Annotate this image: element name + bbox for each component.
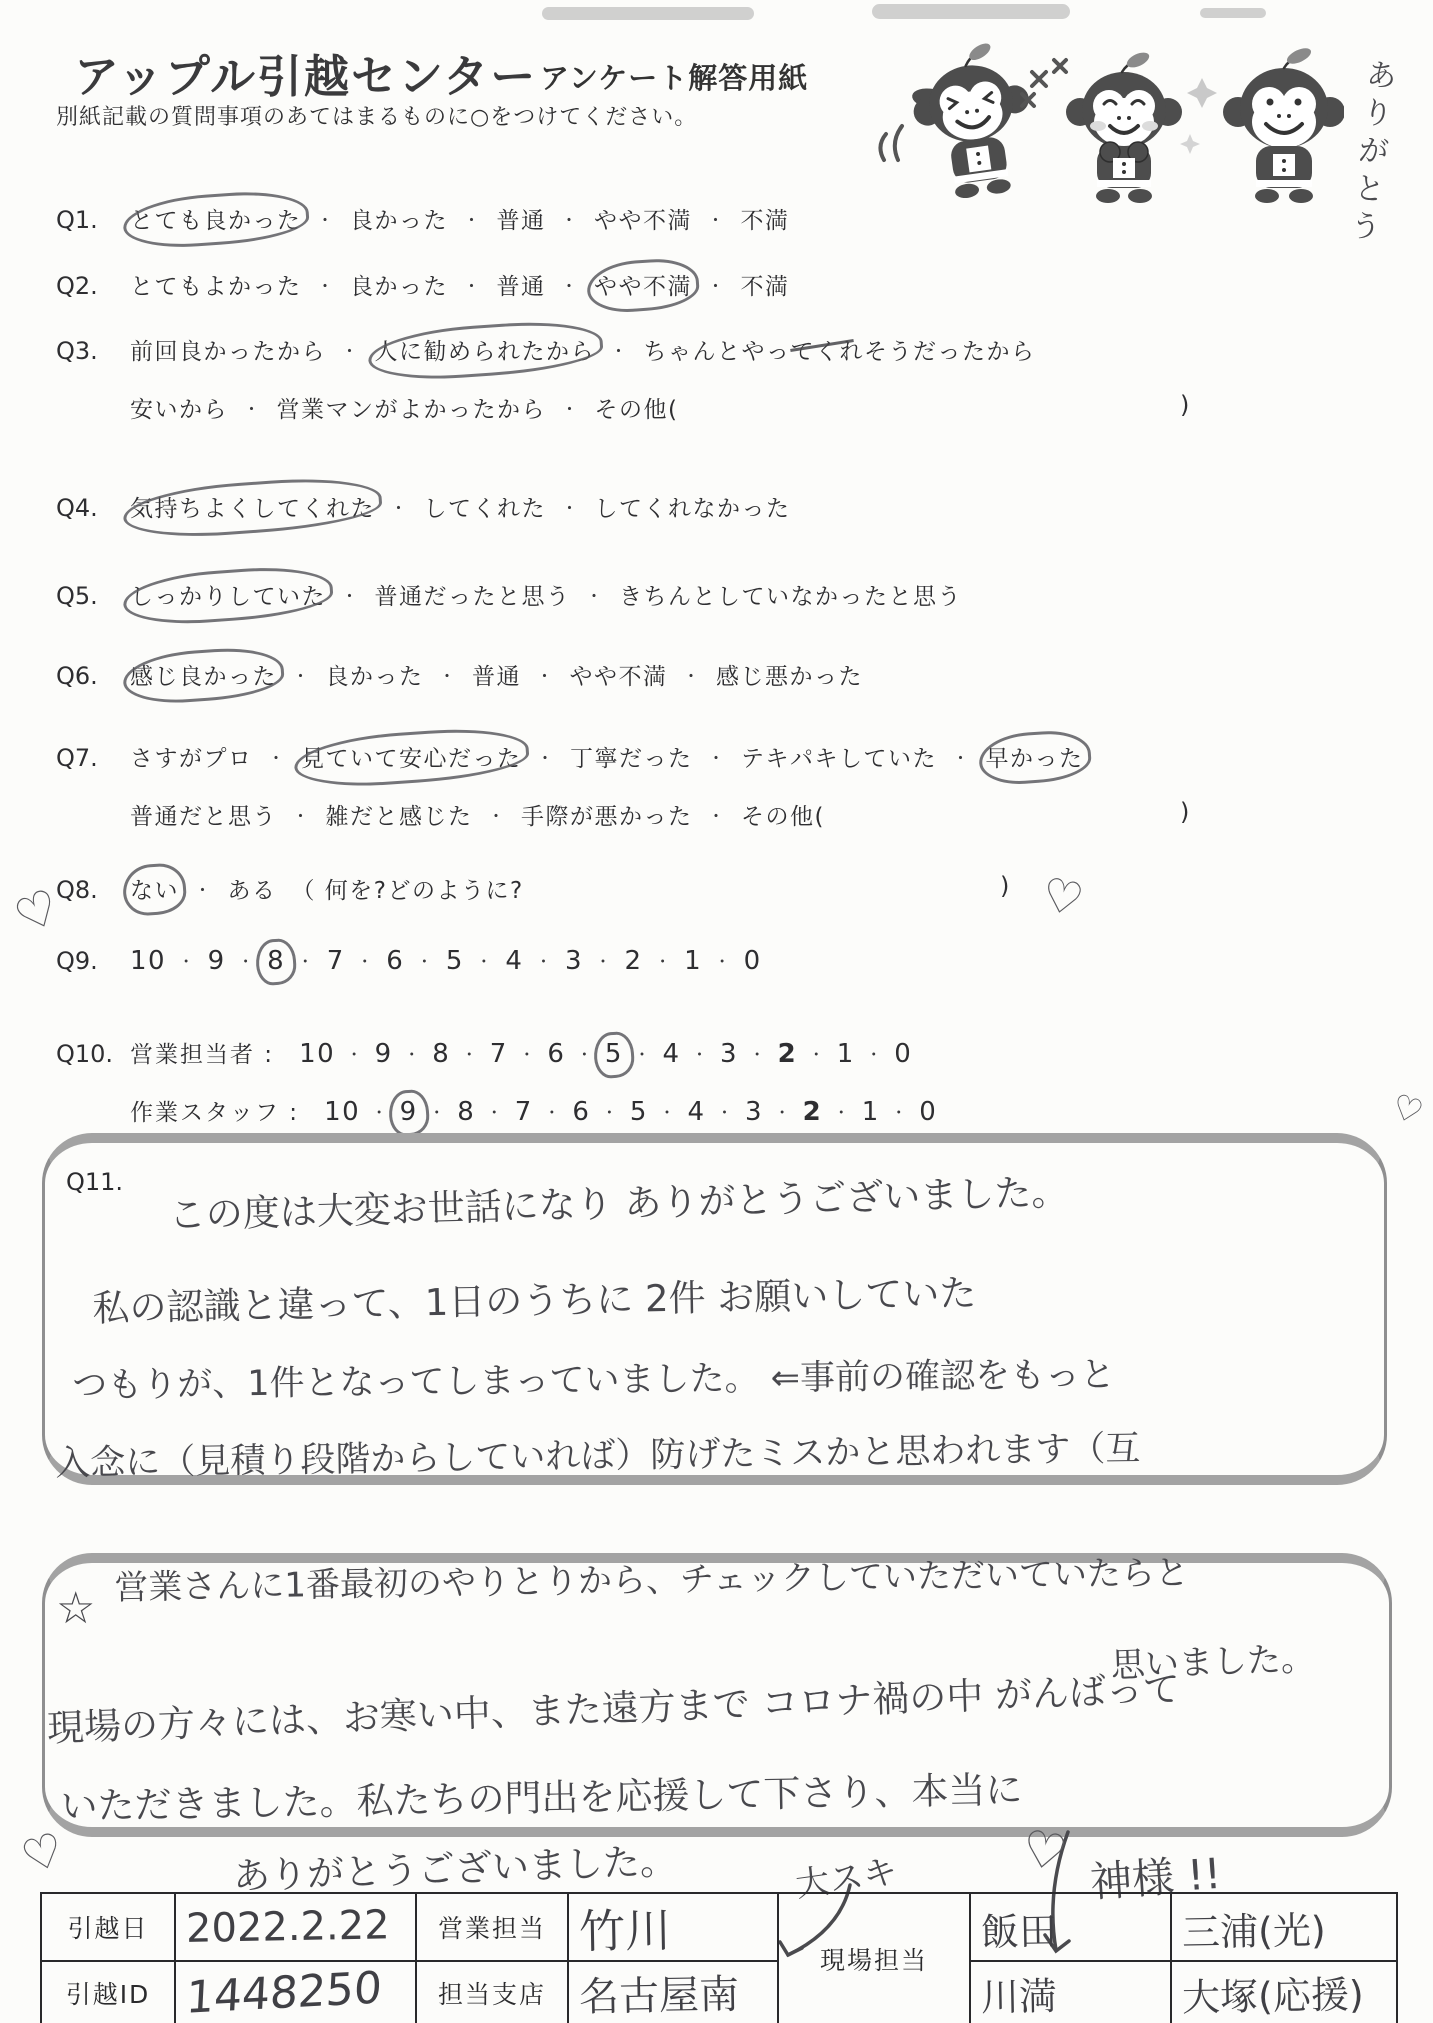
option-separator: ・ <box>416 949 434 972</box>
close-paren: ) <box>1180 391 1189 419</box>
option-separator: ・ <box>476 949 494 972</box>
option: 良かった <box>350 202 448 235</box>
option-separator: ・ <box>488 802 507 827</box>
question-number: Q9. <box>56 947 130 975</box>
question-number: Q4. <box>56 494 130 522</box>
score-option: 3 <box>720 1039 738 1069</box>
question-number: Q7. <box>56 744 130 772</box>
option-separator: ・ <box>461 1042 479 1065</box>
score-option-circled: 8 <box>267 946 285 976</box>
arigato-text: ありがとう <box>1338 56 1403 250</box>
option-separator: ・ <box>891 1100 909 1123</box>
move-id-value: 1448250 <box>174 1955 418 2023</box>
option-separator: ・ <box>808 1042 826 1065</box>
question-q8: Q8. ない ・ ある （ 何を?どのように? <box>56 872 524 905</box>
option-separator: ・ <box>486 1100 504 1123</box>
close-paren: ) <box>1000 872 1009 900</box>
question-number: Q10. <box>56 1040 130 1068</box>
option-row: 10 ・ 9 ・ 8 ・ 7 ・ 6 ・ 5 ・ 4 ・ 3 ・ 2 ・ 1 ・… <box>130 946 762 976</box>
close-paren: ) <box>1180 798 1189 826</box>
option-separator: ・ <box>708 802 727 827</box>
option-separator: ・ <box>707 272 726 297</box>
option-row: ない ・ ある （ 何を?どのように? <box>130 872 524 905</box>
option: やや不満 <box>594 202 692 235</box>
option-separator: ・ <box>341 582 360 607</box>
option-separator: ・ <box>463 272 482 297</box>
option: 普通だったと思う <box>375 578 571 611</box>
option: 良かった <box>326 658 424 691</box>
question-number: Q3. <box>56 337 130 365</box>
scan-artifact <box>542 7 754 20</box>
option-row: 気持ちよくしてくれた ・ してくれた ・ してくれなかった <box>130 490 791 523</box>
option-separator: ・ <box>601 1100 619 1123</box>
option-circled: とても良かった <box>130 202 302 235</box>
option: 普通 <box>497 202 546 235</box>
option-circled: 早かった <box>986 740 1084 773</box>
star-mark: ☆ <box>56 1583 95 1634</box>
option-row: 前回良かったから ・ 人に勧められたから ・ ちゃんとやってくれそうだったから <box>130 333 1036 366</box>
question-q6: Q6. 感じ良かった ・ 良かった ・ 普通 ・ やや不満 ・ 感じ悪かった <box>56 658 863 691</box>
option: 良かった <box>350 268 448 301</box>
score-option: 4 <box>505 946 523 976</box>
question-number: Q6. <box>56 662 130 690</box>
question-number: Q1. <box>56 206 130 234</box>
option-separator: ・ <box>576 1042 594 1065</box>
option-separator: ・ <box>586 582 605 607</box>
option: 前回良かったから <box>130 333 326 366</box>
branch-label: 担当支店 <box>416 1961 568 2023</box>
option-separator: ・ <box>717 1100 735 1123</box>
score-option: 7 <box>515 1097 533 1127</box>
score-option-circled: 9 <box>400 1097 418 1127</box>
question-q9: Q9. 10 ・ 9 ・ 8 ・ 7 ・ 6 ・ 5 ・ 4 ・ 3 ・ 2 ・… <box>56 946 762 976</box>
option: 普通だと思う <box>130 798 277 831</box>
sheet-title: アンケート解答用紙 <box>540 56 808 97</box>
site-staff-3: 川満 <box>969 1959 1171 2023</box>
question-q7-line2: 普通だと思う ・ 雑だと感じた ・ 手際が悪かった ・ その他( <box>130 798 825 831</box>
option-separator: ・ <box>297 949 315 972</box>
option-separator: ・ <box>683 662 702 687</box>
question-number: Q2. <box>56 272 130 300</box>
option-circled: 感じ良かった <box>130 658 277 691</box>
option-separator: ・ <box>463 206 482 231</box>
question-q4: Q4. 気持ちよくしてくれた ・ してくれた ・ してくれなかった <box>56 490 791 523</box>
heart-doodle-icon: ♡ <box>15 1821 71 1885</box>
site-staff-2: 三浦(光) <box>1170 1891 1397 1963</box>
option: きちんとしていなかったと思う <box>619 578 962 611</box>
option: 不満 <box>741 268 790 301</box>
option: してくれなかった <box>595 490 791 523</box>
question-q3: Q3. 前回良かったから ・ 人に勧められたから ・ ちゃんとやってくれそうだっ… <box>56 333 1036 366</box>
option-row: 感じ良かった ・ 良かった ・ 普通 ・ やや不満 ・ 感じ悪かった <box>130 658 863 691</box>
score-row-label: 営業担当者 : <box>130 1036 274 1069</box>
option-separator: ・ <box>357 949 375 972</box>
sales-rep-label: 営業担当 <box>416 1893 568 1961</box>
score-option: 2 <box>778 1039 798 1069</box>
option: その他( <box>595 391 679 424</box>
option: テキパキしていた <box>741 740 937 773</box>
question-q10-row2: 作業スタッフ : 10 ・ 9 ・ 8 ・ 7 ・ 6 ・ 5 ・ 4 ・ 3 … <box>130 1094 937 1127</box>
option: ある <box>228 872 277 905</box>
score-option: 1 <box>684 946 702 976</box>
option-separator: ・ <box>243 395 262 420</box>
score-option: 2 <box>803 1097 823 1127</box>
score-option: 0 <box>744 946 762 976</box>
option: 普通 <box>497 268 546 301</box>
option-separator: ・ <box>341 337 360 362</box>
option-circled: 見ていて安心だった <box>301 740 522 773</box>
option-separator: ・ <box>714 949 732 972</box>
option: 不満 <box>741 202 790 235</box>
option-row: 作業スタッフ : 10 ・ 9 ・ 8 ・ 7 ・ 6 ・ 5 ・ 4 ・ 3 … <box>130 1094 937 1127</box>
score-option: 8 <box>457 1097 475 1127</box>
sales-rep-value: 竹川 <box>567 1891 778 1963</box>
option-separator: ・ <box>390 494 409 519</box>
score-row-label: 作業スタッフ : <box>130 1094 299 1127</box>
site-staff-4: 大塚(応援) <box>1170 1959 1397 2023</box>
option-separator: ・ <box>178 949 196 972</box>
heart-doodle-icon: ♡ <box>1037 866 1089 927</box>
footer-table: 引越日 2022.2.22 営業担当 竹川 現場担当 飯田 三浦(光) 引越ID… <box>40 1892 1398 2023</box>
question-number: Q8. <box>56 876 130 904</box>
option-separator: ・ <box>595 949 613 972</box>
score-option: 4 <box>662 1039 680 1069</box>
handwritten-line: ありがとうございました。 <box>232 1831 678 1900</box>
site-staff-1: 飯田 <box>969 1891 1171 1962</box>
option: 手際が悪かった <box>521 798 693 831</box>
heart-doodle-icon: ♡ <box>1387 1086 1428 1133</box>
score-option: 5 <box>446 946 464 976</box>
question-q5: Q5. しっかりしていた ・ 普通だったと思う ・ きちんとしていなかったと思う <box>56 578 962 611</box>
option-separator: ・ <box>561 272 580 297</box>
option-separator: ・ <box>952 744 971 769</box>
option: 丁寧だった <box>570 740 693 773</box>
option-circled: ない <box>130 872 179 905</box>
monkey-mascots-illustration <box>872 38 1344 218</box>
option-separator: ・ <box>317 206 336 231</box>
score-option: 1 <box>862 1097 880 1127</box>
score-option: 3 <box>565 946 583 976</box>
question-q10-row1: Q10. 営業担当者 : 10 ・ 9 ・ 8 ・ 7 ・ 6 ・ 5 ・ 4 … <box>56 1036 912 1069</box>
option-separator: ・ <box>544 1100 562 1123</box>
option-separator: ・ <box>268 744 287 769</box>
option-separator: ・ <box>535 949 553 972</box>
option-separator: ・ <box>707 206 726 231</box>
option: 営業マンがよかったから <box>277 391 547 424</box>
score-option: 10 <box>130 946 166 976</box>
question-q7: Q7. さすがプロ ・ 見ていて安心だった ・ 丁寧だった ・ テキパキしていた… <box>56 740 1084 773</box>
option-separator: ・ <box>404 1042 422 1065</box>
score-option: 5 <box>630 1097 648 1127</box>
option-separator: ・ <box>708 744 727 769</box>
score-option: 1 <box>837 1039 855 1069</box>
option-row: とてもよかった ・ 良かった ・ 普通 ・ やや不満 ・ 不満 <box>130 268 790 301</box>
site-staff-label: 現場担当 <box>778 1893 970 2023</box>
option: とてもよかった <box>130 268 302 301</box>
option-row: 普通だと思う ・ 雑だと感じた ・ 手際が悪かった ・ その他( <box>130 798 825 831</box>
option-separator: ・ <box>317 272 336 297</box>
option-separator: ・ <box>749 1042 767 1065</box>
option: さすがプロ <box>130 740 253 773</box>
option-separator: ・ <box>692 1042 710 1065</box>
option: やや不満 <box>570 658 668 691</box>
option: その他( <box>741 798 825 831</box>
score-option: 3 <box>745 1097 763 1127</box>
option-separator: ・ <box>655 949 673 972</box>
option-separator: ・ <box>346 1042 364 1065</box>
scan-artifact <box>1200 8 1266 18</box>
company-logo-text: アップル引越センター <box>74 40 537 105</box>
score-option: 8 <box>432 1039 450 1069</box>
question-q1: Q1. とても良かった ・ 良かった ・ 普通 ・ やや不満 ・ 不満 <box>56 202 790 235</box>
option-separator: ・ <box>561 494 580 519</box>
option-circled: やや不満 <box>594 268 692 301</box>
score-option: 7 <box>327 946 345 976</box>
score-option: 0 <box>894 1039 912 1069</box>
score-option: 6 <box>386 946 404 976</box>
option-prompt: （ 何を?どのように? <box>292 872 524 905</box>
score-option: 6 <box>572 1097 590 1127</box>
option-separator: ・ <box>439 662 458 687</box>
survey-answer-sheet: アップル引越センター アンケート解答用紙 別紙記載の質問事項のあてはまるものに○… <box>0 0 1433 2023</box>
option-separator: ・ <box>238 949 256 972</box>
score-option: 9 <box>208 946 226 976</box>
option-separator: ・ <box>429 1100 447 1123</box>
option-separator: ・ <box>292 802 311 827</box>
move-id-label: 引越ID <box>41 1961 175 2023</box>
score-option: 0 <box>919 1097 937 1127</box>
footer-row-1: 引越日 2022.2.22 営業担当 竹川 現場担当 飯田 三浦(光) <box>41 1893 1397 1961</box>
option: してくれた <box>424 490 547 523</box>
option-separator: ・ <box>292 662 311 687</box>
option-row: 安いから ・ 営業マンがよかったから ・ その他( <box>130 391 678 424</box>
score-option: 4 <box>687 1097 705 1127</box>
option: 安いから <box>130 391 228 424</box>
option-row: しっかりしていた ・ 普通だったと思う ・ きちんとしていなかったと思う <box>130 578 962 611</box>
option-separator: ・ <box>194 876 213 901</box>
question-q3-line2: 安いから ・ 営業マンがよかったから ・ その他( <box>130 391 678 424</box>
option-row: 営業担当者 : 10 ・ 9 ・ 8 ・ 7 ・ 6 ・ 5 ・ 4 ・ 3 ・… <box>130 1036 912 1069</box>
option: 雑だと感じた <box>326 798 473 831</box>
score-option: 2 <box>625 946 643 976</box>
option: 感じ悪かった <box>716 658 863 691</box>
option: ちゃんとやってくれそうだったから <box>644 333 1036 366</box>
branch-value: 名古屋南 <box>567 1959 778 2023</box>
option-row: さすがプロ ・ 見ていて安心だった ・ 丁寧だった ・ テキパキしていた ・ 早… <box>130 740 1084 773</box>
option-separator: ・ <box>561 395 580 420</box>
option-separator: ・ <box>537 744 556 769</box>
score-option: 6 <box>547 1039 565 1069</box>
move-date-label: 引越日 <box>41 1893 175 1961</box>
option-separator: ・ <box>610 337 629 362</box>
question-q2: Q2. とてもよかった ・ 良かった ・ 普通 ・ やや不満 ・ 不満 <box>56 268 790 301</box>
footer-row-2: 引越ID 1448250 担当支店 名古屋南 川満 大塚(応援) <box>41 1961 1397 2023</box>
score-option: 10 <box>299 1039 335 1069</box>
score-option-circled: 5 <box>605 1039 623 1069</box>
instruction-text: 別紙記載の質問事項のあてはまるものに○をつけてください。 <box>56 100 697 131</box>
score-option: 7 <box>490 1039 508 1069</box>
option-separator: ・ <box>634 1042 652 1065</box>
move-date-value: 2022.2.22 <box>174 1891 416 1963</box>
score-option: 10 <box>324 1097 360 1127</box>
scan-artifact <box>872 4 1070 19</box>
option-circled: しっかりしていた <box>130 578 326 611</box>
option-separator: ・ <box>371 1100 389 1123</box>
score-option: 9 <box>375 1039 393 1069</box>
option-separator: ・ <box>866 1042 884 1065</box>
option-row: とても良かった ・ 良かった ・ 普通 ・ やや不満 ・ 不満 <box>130 202 790 235</box>
option: 普通 <box>472 658 521 691</box>
option-circled: 気持ちよくしてくれた <box>130 490 375 523</box>
option-separator: ・ <box>659 1100 677 1123</box>
option-circled: 人に勧められたから <box>375 333 596 366</box>
option-separator: ・ <box>774 1100 792 1123</box>
option-separator: ・ <box>536 662 555 687</box>
question-number: Q5. <box>56 582 130 610</box>
option-separator: ・ <box>833 1100 851 1123</box>
option-separator: ・ <box>561 206 580 231</box>
option-separator: ・ <box>519 1042 537 1065</box>
